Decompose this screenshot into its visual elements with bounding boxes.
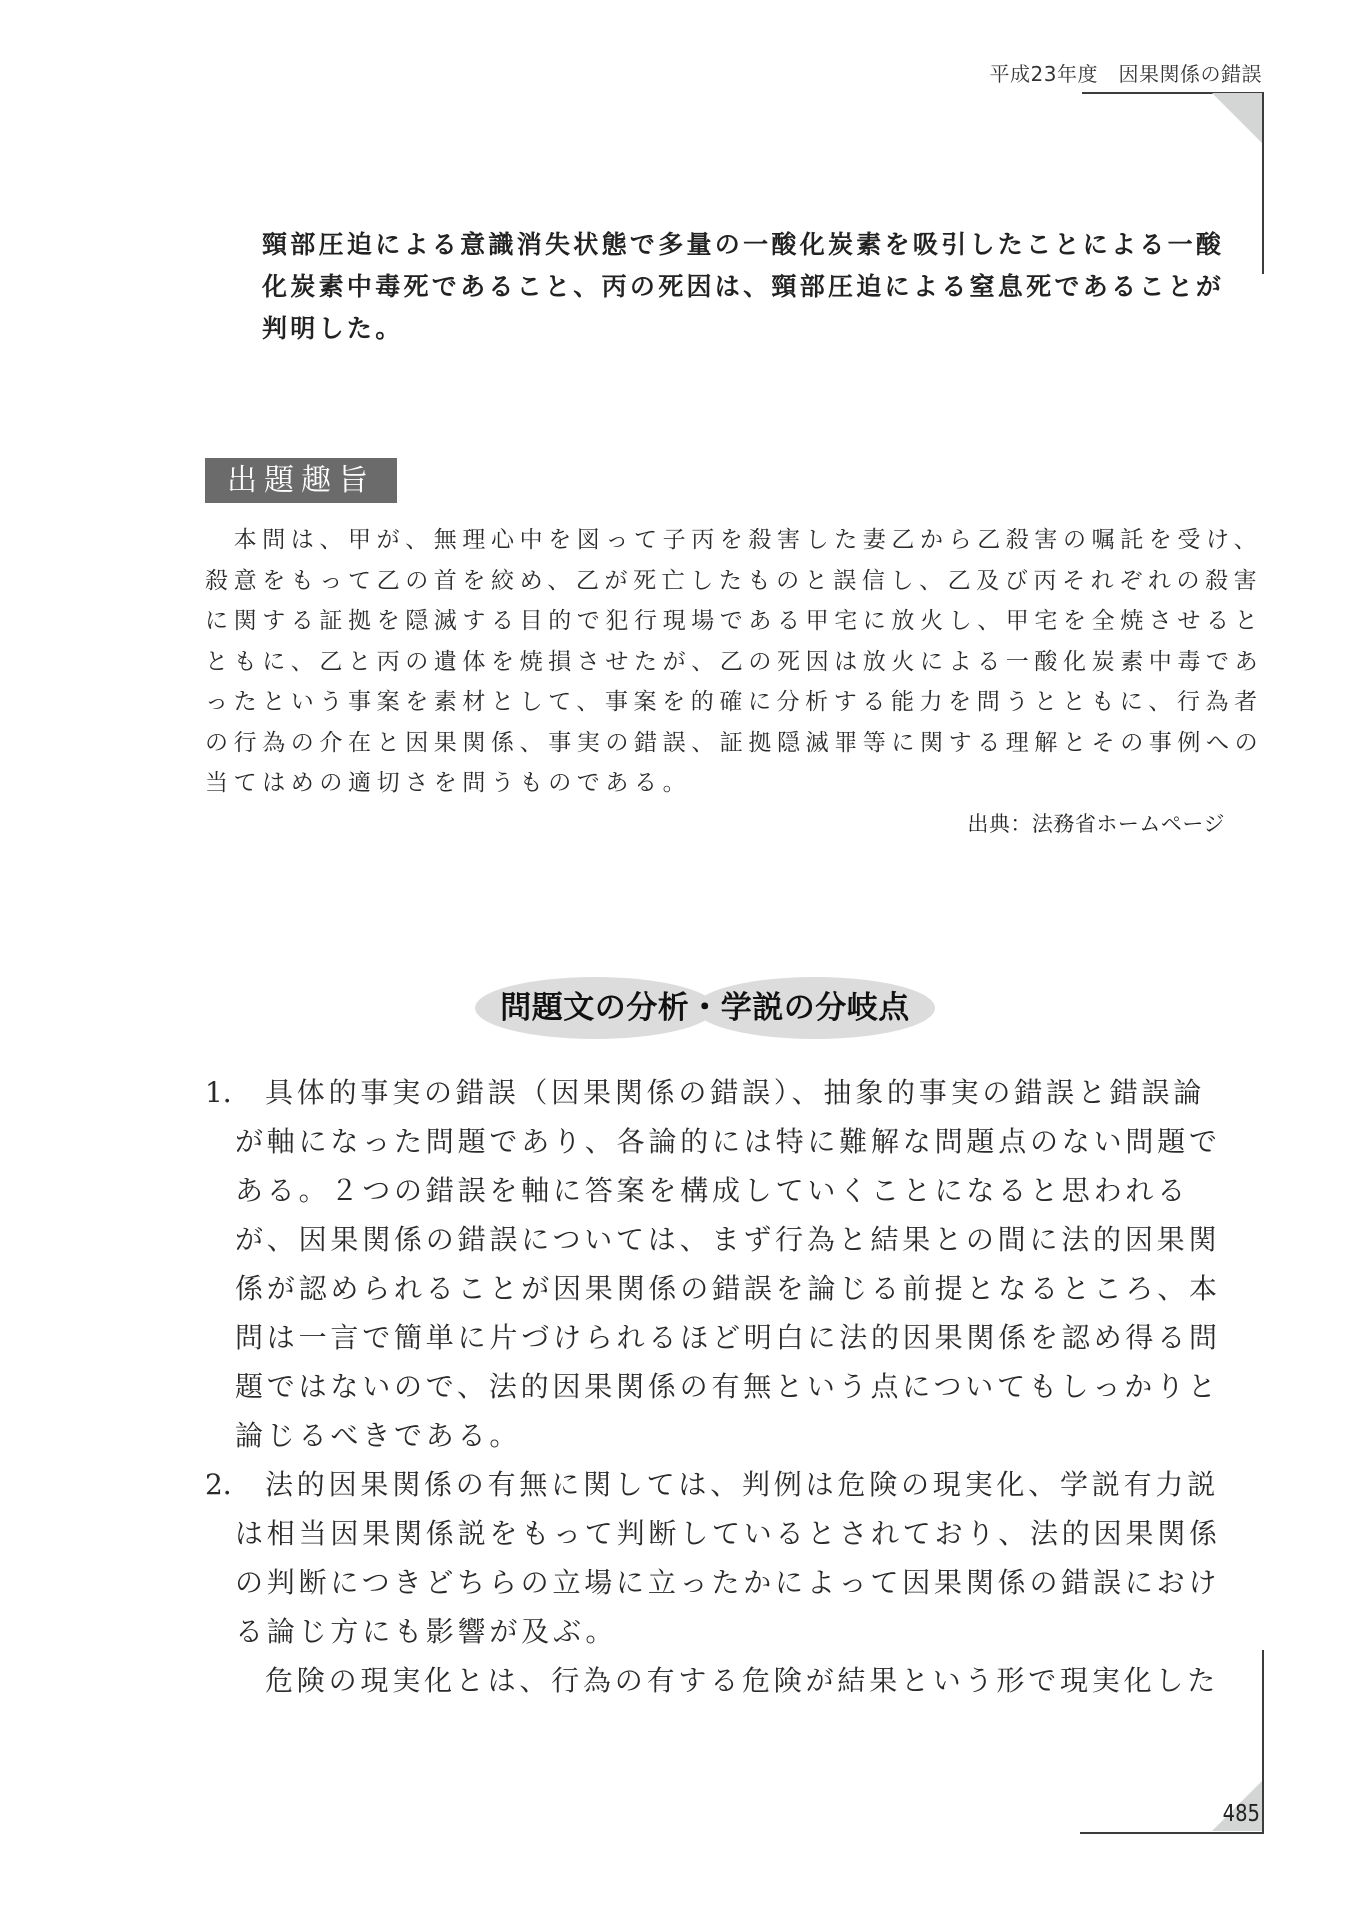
purpose-paragraph: 本問は、甲が、無理心中を図って子丙を殺害した妻乙から乙殺害の嘱託を受け、 殺意を… bbox=[205, 520, 1235, 804]
list-item-text: 具体的事実の錯誤（因果関係の錯誤）、抽象的事実の錯誤と錯誤論 bbox=[265, 1068, 1205, 1117]
list-item-line: 論じるべきである。 bbox=[205, 1411, 1235, 1460]
analysis-heading: 問題文の分析・学説の分岐点 bbox=[470, 972, 940, 1044]
page-number: 485 bbox=[1209, 1801, 1260, 1827]
purpose-section-badge: 出題趣旨 bbox=[205, 458, 397, 503]
purpose-line: 当てはめの適切さを問うものである。 bbox=[205, 763, 1235, 804]
purpose-line: に関する証拠を隠滅する目的で犯行現場である甲宅に放火し、甲宅を全焼させると bbox=[205, 601, 1235, 642]
list-item-number: 2． bbox=[205, 1460, 265, 1509]
list-item-2-first-line: 2． 法的因果関係の有無に関しては、判例は危険の現実化、学説有力説 bbox=[205, 1460, 1235, 1509]
list-item-line: の判断につきどちらの立場に立ったかによって因果関係の錯誤におけ bbox=[205, 1558, 1235, 1607]
intro-line: 頸部圧迫による意識消失状態で多量の一酸化炭素を吸引したことによる一酸 bbox=[262, 224, 1222, 266]
list-item-1-first-line: 1． 具体的事実の錯誤（因果関係の錯誤）、抽象的事実の錯誤と錯誤論 bbox=[205, 1068, 1235, 1117]
bottom-right-vertical-rule bbox=[1262, 1650, 1264, 1834]
purpose-line: 殺意をもって乙の首を絞め、乙が死亡したものと誤信し、乙及び丙それぞれの殺害 bbox=[205, 561, 1235, 602]
top-right-vertical-rule bbox=[1262, 92, 1264, 274]
list-item-text: 法的因果関係の有無に関しては、判例は危険の現実化、学説有力説 bbox=[265, 1460, 1219, 1509]
purpose-line: の行為の介在と因果関係、事実の錯誤、証拠隠滅罪等に関する理解とその事例への bbox=[205, 723, 1235, 764]
list-item-paragraph-line: 危険の現実化とは、行為の有する危険が結果という形で現実化した bbox=[205, 1656, 1235, 1705]
analysis-list: 1． 具体的事実の錯誤（因果関係の錯誤）、抽象的事実の錯誤と錯誤論 が軸になった… bbox=[205, 1068, 1235, 1705]
top-corner-triangle bbox=[1212, 93, 1262, 143]
list-item-line: が、因果関係の錯誤については、まず行為と結果との間に法的因果関 bbox=[205, 1215, 1235, 1264]
list-item-line: 題ではないので、法的因果関係の有無という点についてもしっかりと bbox=[205, 1362, 1235, 1411]
intro-bold-block: 頸部圧迫による意識消失状態で多量の一酸化炭素を吸引したことによる一酸 化炭素中毒… bbox=[262, 224, 1222, 350]
list-item-number: 1． bbox=[205, 1068, 265, 1117]
running-head: 平成23年度 因果関係の錯誤 bbox=[900, 58, 1262, 87]
list-item-line: 係が認められることが因果関係の錯誤を論じる前提となるところ、本 bbox=[205, 1264, 1235, 1313]
list-item-line: 問は一言で簡単に片づけられるほど明白に法的因果関係を認め得る問 bbox=[205, 1313, 1235, 1362]
list-item-line: は相当因果関係説をもって判断しているとされており、法的因果関係 bbox=[205, 1509, 1235, 1558]
purpose-line: ともに、乙と丙の遺体を焼損させたが、乙の死因は放火による一酸化炭素中毒であ bbox=[205, 642, 1235, 683]
analysis-heading-title: 問題文の分析・学説の分岐点 bbox=[470, 972, 940, 1044]
list-item-line: が軸になった問題であり、各論的には特に難解な問題点のない問題で bbox=[205, 1117, 1235, 1166]
list-item-line: る論じ方にも影響が及ぶ。 bbox=[205, 1607, 1235, 1656]
intro-line: 判明した。 bbox=[262, 308, 1222, 350]
bottom-rule bbox=[1080, 1832, 1264, 1834]
purpose-line: ったという事案を素材として、事案を的確に分析する能力を問うとともに、行為者 bbox=[205, 682, 1235, 723]
list-item-line: ある。２つの錯誤を軸に答案を構成していくことになると思われる bbox=[205, 1166, 1235, 1215]
intro-line: 化炭素中毒死であること、丙の死因は、頸部圧迫による窒息死であることが bbox=[262, 266, 1222, 308]
purpose-line: 本問は、甲が、無理心中を図って子丙を殺害した妻乙から乙殺害の嘱託を受け、 bbox=[205, 520, 1235, 561]
source-citation: 出典：法務省ホームページ bbox=[900, 808, 1225, 838]
